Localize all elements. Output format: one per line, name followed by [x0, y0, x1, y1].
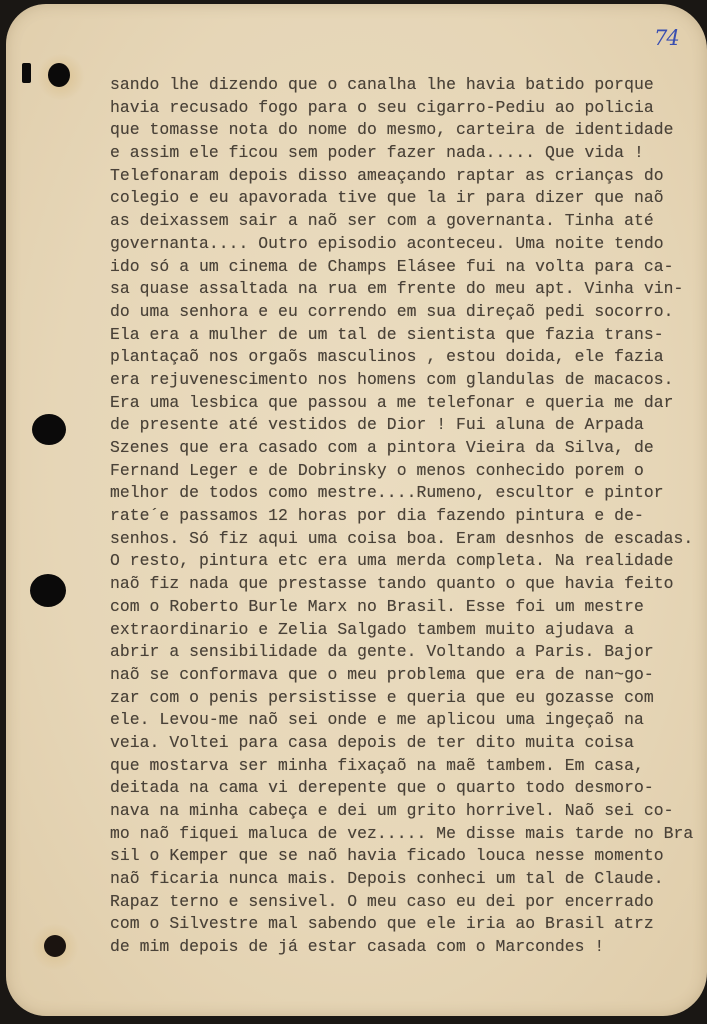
text-line: naõ ficaria nunca mais. Depois conheci u… [110, 868, 707, 891]
text-line: Szenes que era casado com a pintora Viei… [110, 437, 707, 460]
text-line: plantaçaõ nos orgaõs masculinos , estou … [110, 346, 707, 369]
text-line: extraordinario e Zelia Salgado tambem mu… [110, 619, 707, 642]
text-line: que tomasse nota do nome do mesmo, carte… [110, 119, 707, 142]
text-line: havia recusado fogo para o seu cigarro-P… [110, 97, 707, 120]
text-line: naõ se conformava que o meu problema que… [110, 664, 707, 687]
text-line: ele. Levou-me naõ sei onde e me aplicou … [110, 709, 707, 732]
text-line: naõ fiz nada que prestasse tando quanto … [110, 573, 707, 596]
text-line: melhor de todos como mestre....Rumeno, e… [110, 482, 707, 505]
text-line: de presente até vestidos de Dior ! Fui a… [110, 414, 707, 437]
text-line: Rapaz terno e sensivel. O meu caso eu de… [110, 891, 707, 914]
punch-hole [32, 414, 66, 445]
text-line: Telefonaram depois disso ameaçando rapta… [110, 165, 707, 188]
text-line: ido só a um cinema de Champs Elásee fui … [110, 256, 707, 279]
text-line: zar com o penis persistisse e queria que… [110, 687, 707, 710]
text-line: com o Silvestre mal sabendo que ele iria… [110, 913, 707, 936]
punch-hole [48, 63, 70, 87]
text-line: as deixassem sair a naõ ser com a govern… [110, 210, 707, 233]
text-line: com o Roberto Burle Marx no Brasil. Esse… [110, 596, 707, 619]
typewritten-page: 74 sando lhe dizendo que o canalha lhe h… [6, 4, 707, 1016]
text-line: sa quase assaltada na rua em frente do m… [110, 278, 707, 301]
typewritten-text: sando lhe dizendo que o canalha lhe havi… [110, 74, 707, 959]
text-line: rate´e passamos 12 horas por dia fazendo… [110, 505, 707, 528]
text-line: e assim ele ficou sem poder fazer nada..… [110, 142, 707, 165]
text-line: Fernand Leger e de Dobrinsky o menos con… [110, 460, 707, 483]
punch-hole-square [22, 63, 31, 83]
text-line: governanta.... Outro episodio aconteceu.… [110, 233, 707, 256]
text-line: era rejuvenescimento nos homens com glan… [110, 369, 707, 392]
text-line: colegio e eu apavorada tive que la ir pa… [110, 187, 707, 210]
text-line: senhos. Só fiz aqui uma coisa boa. Eram … [110, 528, 707, 551]
text-line: deitada na cama vi derepente que o quart… [110, 777, 707, 800]
text-line: O resto, pintura etc era uma merda compl… [110, 550, 707, 573]
text-line: Era uma lesbica que passou a me telefona… [110, 392, 707, 415]
handwritten-page-number: 74 [654, 26, 679, 50]
text-line: nava na minha cabeça e dei um grito horr… [110, 800, 707, 823]
text-line: que mostarva ser minha fixaçaõ na maẽ ta… [110, 755, 707, 778]
punch-hole [44, 935, 66, 957]
text-line: abrir a sensibilidade da gente. Voltando… [110, 641, 707, 664]
text-line: sil o Kemper que se naõ havia ficado lou… [110, 845, 707, 868]
text-line: do uma senhora e eu correndo em sua dire… [110, 301, 707, 324]
text-line: sando lhe dizendo que o canalha lhe havi… [110, 74, 707, 97]
text-line: Ela era a mulher de um tal de sientista … [110, 324, 707, 347]
text-line: mo naõ fiquei maluca de vez..... Me diss… [110, 823, 707, 846]
text-line: de mim depois de já estar casada com o M… [110, 936, 707, 959]
punch-hole [30, 574, 66, 607]
text-line: veia. Voltei para casa depois de ter dit… [110, 732, 707, 755]
